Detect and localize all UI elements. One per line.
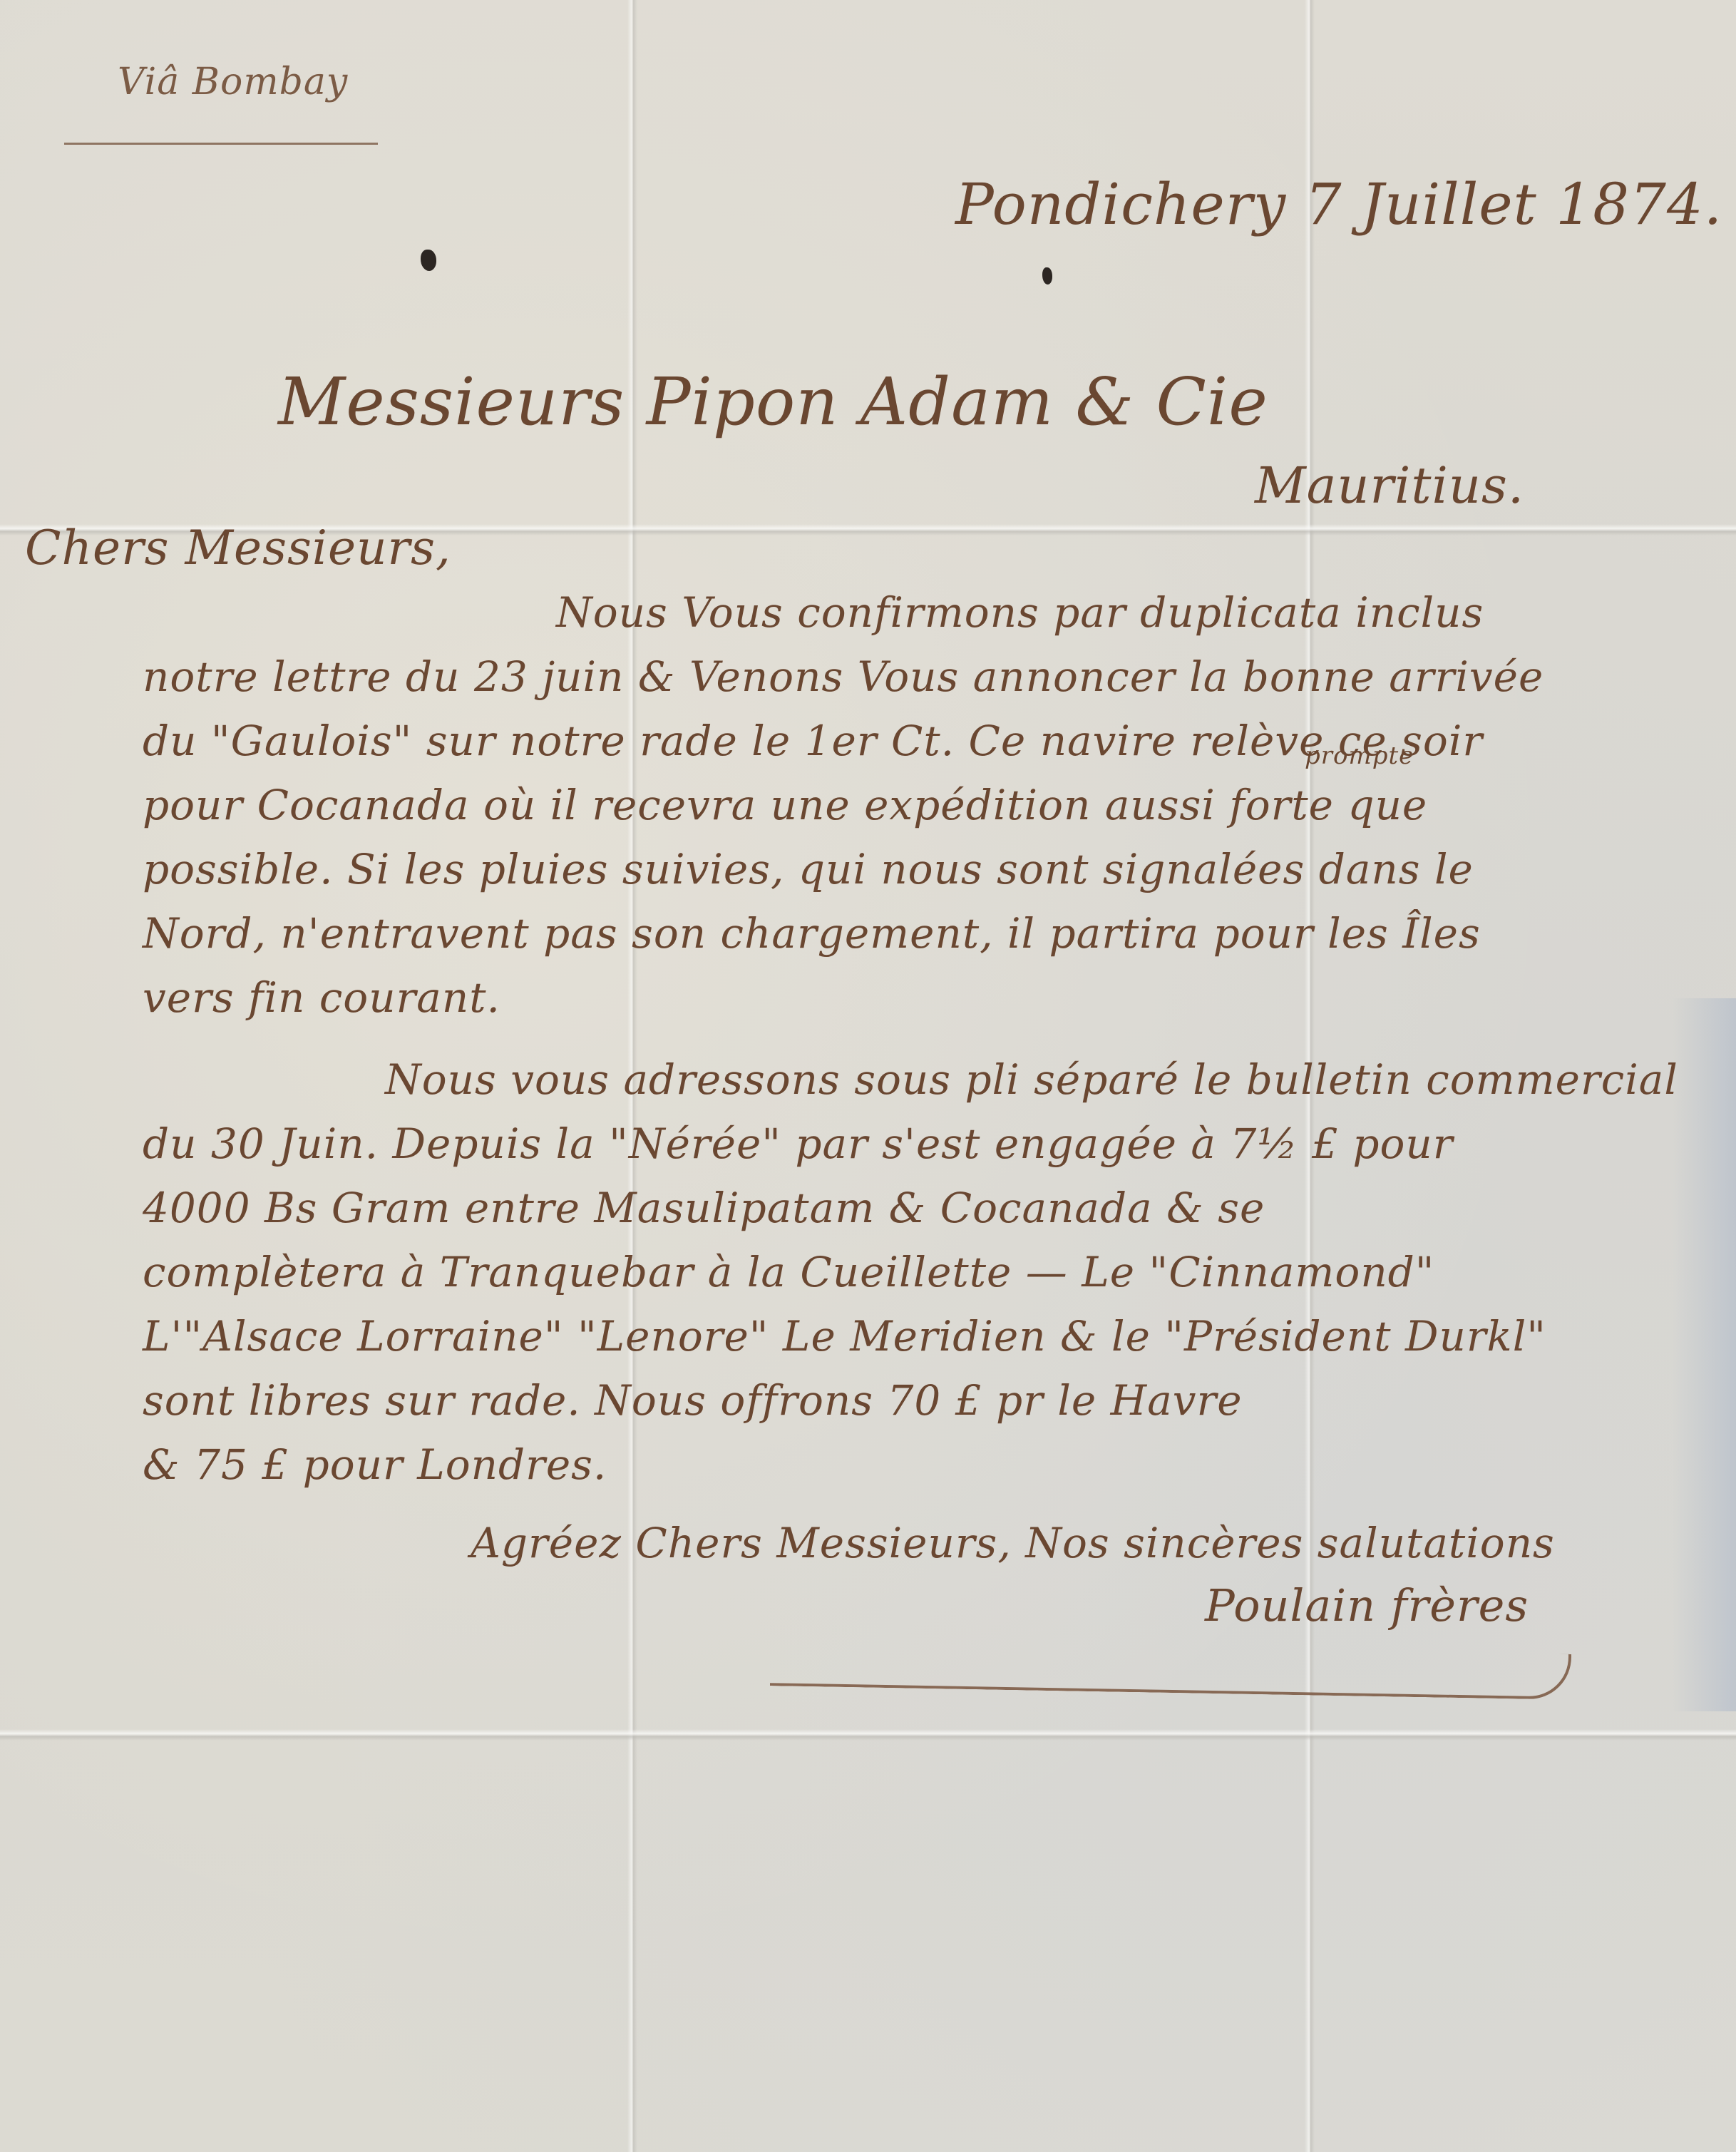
letter-line: possible. Si les pluies suivies, qui nou… xyxy=(143,845,1474,893)
signature-flourish xyxy=(770,1640,1571,1700)
addressee: Messieurs Pipon Adam & Cie xyxy=(278,364,1268,440)
destination: Mauritius. xyxy=(1255,456,1524,515)
letter-line: sont libres sur rade. Nous offrons 70 £ … xyxy=(143,1376,1243,1425)
ink-blot xyxy=(421,250,436,271)
letter-line: & 75 £ pour Londres. xyxy=(143,1440,607,1489)
letter-line: L'"Alsace Lorraine" "Lenore" Le Meridien… xyxy=(143,1312,1546,1361)
annotation-underline xyxy=(64,143,378,145)
letter-line: vers fin courant. xyxy=(143,973,500,1022)
place-date: Pondichery 7 Juillet 1874. xyxy=(955,171,1722,237)
letter-line: du 30 Juin. Depuis la "Nérée" par s'est … xyxy=(143,1119,1453,1168)
letter-line: Nous vous adressons sous pli séparé le b… xyxy=(385,1055,1678,1104)
letter-line: notre lettre du 23 juin & Venons Vous an… xyxy=(143,652,1544,701)
letter-line: Nous Vous confirmons par duplicata inclu… xyxy=(556,588,1484,637)
edge-stain xyxy=(1672,998,1736,1711)
letter-line: Nord, n'entravent pas son chargement, il… xyxy=(143,909,1481,958)
paper-fold-horizontal-bottom xyxy=(0,1729,1736,1741)
letter-line: complètera à Tranquebar à la Cueillette … xyxy=(143,1248,1434,1296)
ink-blot xyxy=(1042,267,1052,285)
inserted-word: prompte xyxy=(1305,742,1414,770)
letter-line: 4000 Bs Gram entre Masulipatam & Cocanad… xyxy=(143,1184,1265,1232)
closing: Agréez Chers Messieurs, Nos sincères sal… xyxy=(471,1519,1555,1567)
letter-line: pour Cocanada où il recevra une expéditi… xyxy=(143,781,1427,829)
greeting: Chers Messieurs, xyxy=(25,521,451,575)
routing-annotation: Viâ Bombay xyxy=(118,61,348,103)
letter-line: du "Gaulois" sur notre rade le 1er Ct. C… xyxy=(143,717,1483,765)
signature: Poulain frères xyxy=(1205,1579,1529,1631)
